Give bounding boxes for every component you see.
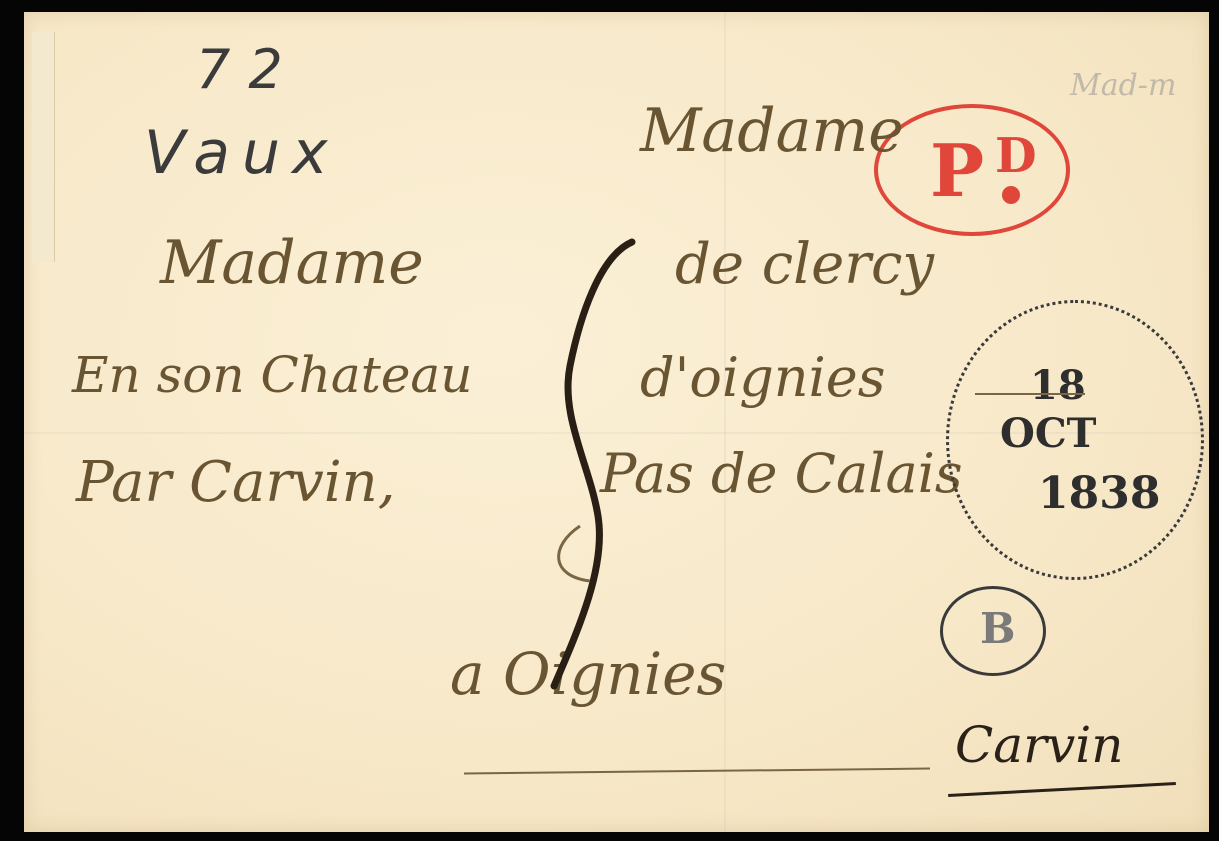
origin-number: 72	[196, 38, 301, 101]
address-doignies: d'oignies	[640, 346, 885, 409]
pd-letter-d: D	[995, 128, 1037, 184]
address-department: Pas de Calais	[600, 442, 963, 505]
manuscript-rate-brace	[540, 236, 640, 696]
date-day: 18	[1030, 362, 1086, 409]
address-top-madame: Madame	[640, 96, 904, 166]
small-circle-letter: B	[980, 604, 1016, 653]
address-name: de clercy	[675, 232, 934, 297]
receiving-office: Carvin	[955, 716, 1123, 774]
pd-dot	[1002, 186, 1020, 204]
pencil-note: Mad-m	[1070, 68, 1176, 103]
date-month: OCT	[1000, 410, 1096, 457]
address-chateau: En son Chateau	[72, 346, 472, 404]
date-strike-line	[975, 393, 1085, 395]
pd-letter-p: P	[930, 128, 984, 213]
folded-flap	[32, 32, 55, 262]
address-madame: Madame	[160, 228, 424, 298]
date-year: 1838	[1038, 468, 1160, 519]
address-par-carvin: Par Carvin,	[76, 450, 396, 515]
origin-town: Vaux	[144, 118, 340, 188]
